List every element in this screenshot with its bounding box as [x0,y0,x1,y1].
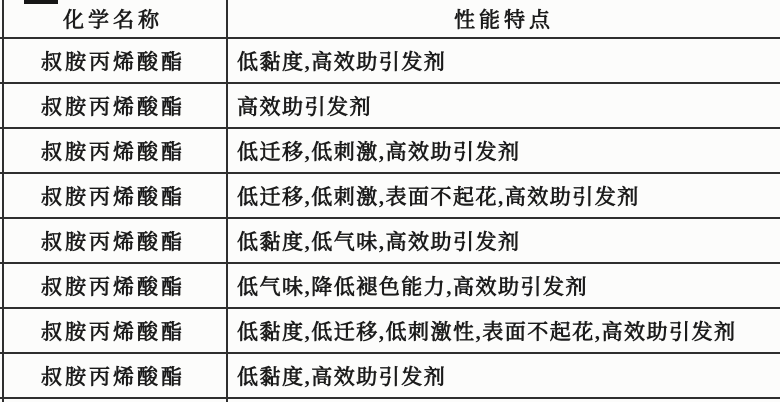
table-left-border [2,0,4,402]
table-row: 叔胺丙烯酸酯 高效助引发剂 [0,84,780,129]
header-chemical-name: 化学名称 [0,0,228,37]
features-cell: 低黏度,高效助引发剂 [228,39,780,82]
features-cell: 低气味,降低褪色能力,高效助引发剂 [228,264,780,307]
features-cell: 低黏度,低迁移,低刺激性,表面不起花,高效助引发剂 [228,309,780,352]
features-cell: 低黏度,高效助引发剂 [228,354,780,397]
chemical-name-cell: 叔胺丙烯酸酯 [0,84,228,127]
chemical-name-cell: 叔胺丙烯酸酯 [0,264,228,307]
features-cell: 低迁移,低刺激,表面不起花,高效助引发剂 [228,174,780,217]
chemical-name-cell: 叔胺丙烯酸酯 [0,219,228,262]
table-row: 叔胺丙烯酸酯 低黏度,高效助引发剂 [0,354,780,399]
table-row: 叔胺丙烯酸酯 低黏度,高效助引发剂 [0,39,780,84]
chemical-name-cell: 叔胺丙烯酸酯 [0,174,228,217]
chemical-name-cell: 叔胺丙烯酸酯 [0,309,228,352]
chemical-name-cell: 叔胺丙烯酸酯 [0,129,228,172]
table-row: 叔胺丙烯酸酯 低气味,降低褪色能力,高效助引发剂 [0,264,780,309]
table-row: 叔胺丙烯酸酯 低迁移,低刺激,高效助引发剂 [0,129,780,174]
features-cell: 低黏度,低气味,高效助引发剂 [228,219,780,262]
table-header-row: 化学名称 性能特点 [0,0,780,39]
chemical-name-cell: 叔胺丙烯酸酯 [0,354,228,397]
features-cell: 高效助引发剂 [228,84,780,127]
header-performance-features: 性能特点 [228,0,780,37]
chemical-properties-table: 化学名称 性能特点 叔胺丙烯酸酯 低黏度,高效助引发剂 叔胺丙烯酸酯 高效助引发… [0,0,780,402]
table-row: 叔胺丙烯酸酯 低黏度,低迁移,低刺激性,表面不起花,高效助引发剂 [0,309,780,354]
scanned-document-page: 化学名称 性能特点 叔胺丙烯酸酯 低黏度,高效助引发剂 叔胺丙烯酸酯 高效助引发… [0,0,780,402]
table-row: 叔胺丙烯酸酯 低黏度,低气味,高效助引发剂 [0,219,780,264]
table-row: 叔胺丙烯酸酯 低迁移,低刺激,表面不起花,高效助引发剂 [0,174,780,219]
chemical-name-cell: 叔胺丙烯酸酯 [0,39,228,82]
features-cell: 低迁移,低刺激,高效助引发剂 [228,129,780,172]
